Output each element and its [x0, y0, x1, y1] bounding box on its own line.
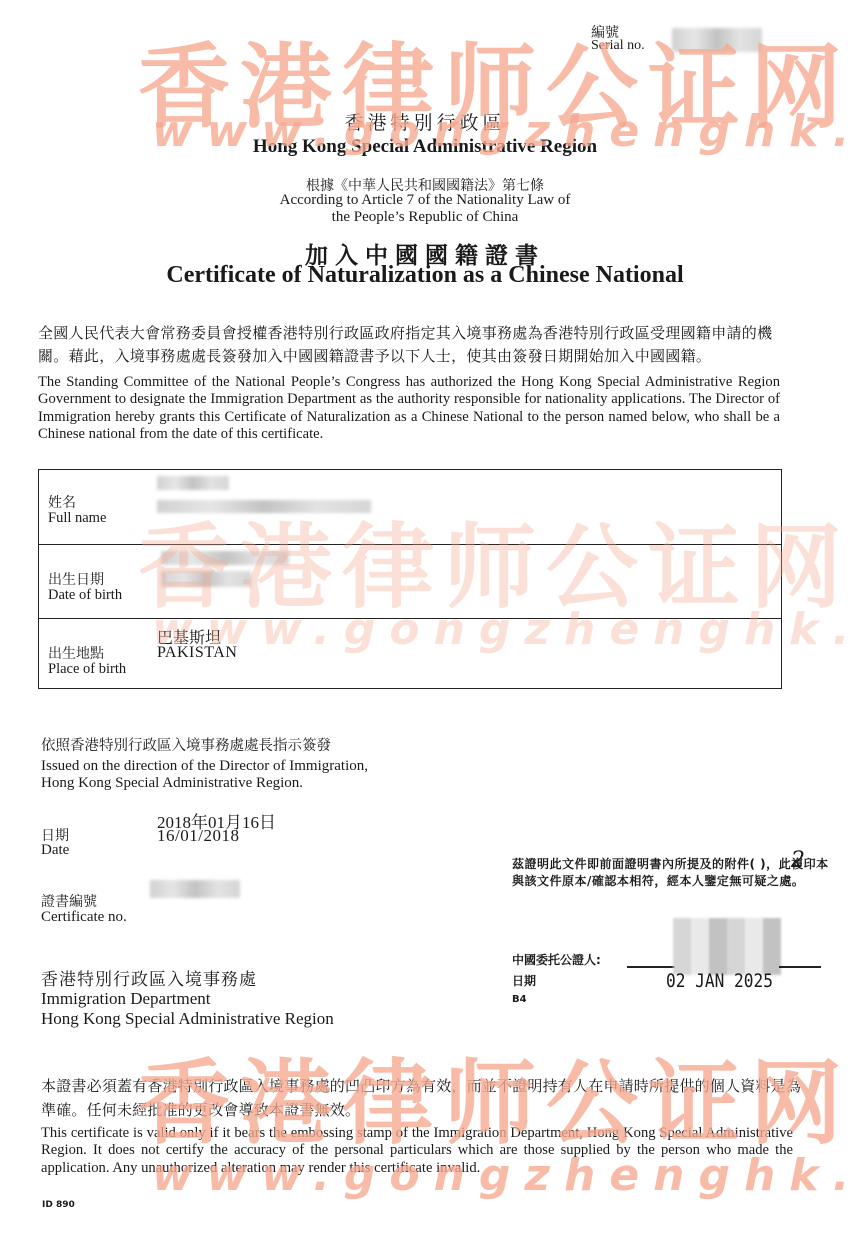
- notary-code: B4: [512, 994, 527, 1005]
- region-title-zh: 香港特別行政區: [0, 108, 850, 135]
- signature-line: [779, 966, 821, 968]
- department-name-zh: 香港特別行政區入境事務處: [41, 965, 257, 990]
- preamble-zh: 全國人民代表大會常務委員會授權香港特別行政區政府指定其入境事務處為香港特別行政區…: [38, 322, 788, 368]
- issue-date-value-en: 16/01/2018: [157, 826, 239, 846]
- row-date-of-birth: 出生日期 Date of birth: [39, 544, 781, 618]
- dob-en-redacted: [161, 571, 251, 587]
- full-name-label-zh: 姓名: [48, 492, 76, 512]
- particulars-table: 姓名 Full name 出生日期 Date of birth 出生地點 Pla…: [38, 469, 782, 689]
- dob-label-en: Date of birth: [48, 587, 122, 604]
- notary-date-value: 02 JAN 2025: [666, 970, 773, 992]
- pob-value-en: PAKISTAN: [157, 644, 237, 662]
- validity-notice-en: This certificate is valid only if it bea…: [41, 1125, 793, 1177]
- full-name-en-redacted: [157, 500, 371, 513]
- notary-certification-text: 茲證明此文件即前面證明書內所提及的附件( )，此複印本與該文件原本/確認本相符，…: [512, 856, 832, 890]
- certificate-number-label-zh: 證書編號: [41, 891, 97, 911]
- notary-signature-redacted: [673, 918, 781, 975]
- certificate-title-en: Certificate of Naturalization as a Chine…: [0, 262, 850, 289]
- full-name-label-en: Full name: [48, 510, 106, 527]
- serial-number-redacted: [672, 28, 762, 52]
- full-name-zh-redacted: [157, 476, 229, 490]
- pob-label-zh: 出生地點: [48, 643, 104, 663]
- notary-date-label: 日期: [512, 972, 536, 989]
- signature-line: [627, 966, 675, 968]
- issue-date-label-en: Date: [41, 842, 69, 859]
- issued-direction-en-line2: Hong Kong Special Administrative Region.: [41, 775, 303, 792]
- preamble-en: The Standing Committee of the National P…: [38, 374, 780, 444]
- department-name-en-line1: Immigration Department: [41, 989, 210, 1009]
- region-title-en: Hong Kong Special Administrative Region: [0, 136, 850, 158]
- issued-direction-zh: 依照香港特別行政區入境事務處處長指示簽發: [41, 734, 331, 755]
- validity-notice-zh: 本證書必須蓋有香港特別行政區入境事務處的凹凸印方為有效，而並不證明持有人在申請時…: [41, 1074, 801, 1122]
- pob-label-en: Place of birth: [48, 661, 126, 678]
- serial-label-en: Serial no.: [591, 38, 645, 54]
- certificate-number-redacted: [150, 880, 240, 898]
- department-name-en-line2: Hong Kong Special Administrative Region: [41, 1009, 334, 1029]
- form-id: ID 890: [42, 1200, 75, 1210]
- issued-direction-en-line1: Issued on the direction of the Director …: [41, 758, 368, 775]
- annex-number-handwritten: 2: [791, 848, 805, 873]
- certificate-number-label-en: Certificate no.: [41, 909, 127, 926]
- row-place-of-birth: 出生地點 Place of birth 巴基斯坦 PAKISTAN: [39, 618, 781, 688]
- law-reference-en-line1: According to Article 7 of the Nationalit…: [0, 192, 850, 209]
- dob-label-zh: 出生日期: [48, 569, 104, 589]
- notary-label: 中國委托公證人:: [512, 951, 601, 968]
- dob-zh-redacted: [161, 551, 289, 565]
- row-full-name: 姓名 Full name: [39, 470, 781, 544]
- law-reference-en-line2: the People’s Republic of China: [0, 209, 850, 226]
